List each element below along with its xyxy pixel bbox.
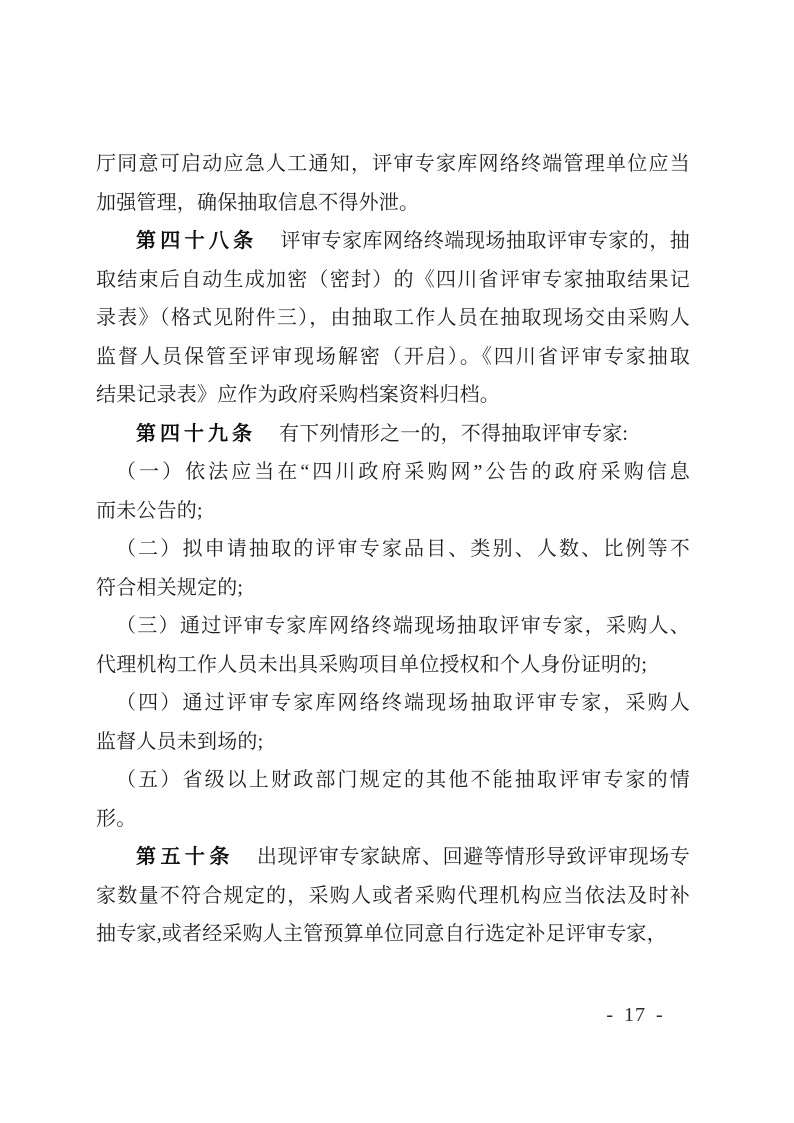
para-continuation-article-47: 厅同意可启动应急人工通知，评审专家库网络终端管理单位应当加强管理，确保抽取信息不… xyxy=(96,145,690,222)
page-number: - 17 - xyxy=(600,1003,670,1027)
text-line: 第四十八条评审专家库网络终端现场抽取评审专家的，抽 xyxy=(96,222,690,261)
text-line: （三）通过评审专家库网络终端现场抽取评审专家，采购人、 xyxy=(96,607,690,646)
article-number-bold: 第四十九条 xyxy=(136,423,256,445)
text-line: 监督人员未到场的; xyxy=(96,723,690,762)
document-page: 厅同意可启动应急人工通知，评审专家库网络终端管理单位应当加强管理，确保抽取信息不… xyxy=(0,0,794,1123)
article-49: 第四十九条有下列情形之一的，不得抽取评审专家: xyxy=(96,415,690,454)
item-49-2: （二）拟申请抽取的评审专家品目、类别、人数、比例等不符合相关规定的; xyxy=(96,530,690,607)
text-line: 形。 xyxy=(96,800,690,839)
text-line: 录表》（格式见附件三），由抽取工作人员在抽取现场交由采购人 xyxy=(96,299,690,338)
text-line: （一）依法应当在“四川政府采购网”公告的政府采购信息 xyxy=(96,453,690,492)
text-line: （二）拟申请抽取的评审专家品目、类别、人数、比例等不 xyxy=(96,530,690,569)
text-line: 第五十条出现评审专家缺席、回避等情形导致评审现场专 xyxy=(96,838,690,877)
item-49-3: （三）通过评审专家库网络终端现场抽取评审专家，采购人、代理机构工作人员未出具采购… xyxy=(96,607,690,684)
item-49-1: （一）依法应当在“四川政府采购网”公告的政府采购信息而未公告的; xyxy=(96,453,690,530)
item-49-5: （五）省级以上财政部门规定的其他不能抽取评审专家的情形。 xyxy=(96,761,690,838)
line-text: 评审专家库网络终端现场抽取评审专家的，抽 xyxy=(280,230,690,252)
text-line: 结果记录表》应作为政府采购档案资料归档。 xyxy=(96,376,690,415)
text-line: 厅同意可启动应急人工通知，评审专家库网络终端管理单位应当 xyxy=(96,145,690,184)
text-line: 取结束后自动生成加密（密封）的《四川省评审专家抽取结果记 xyxy=(96,261,690,300)
article-48: 第四十八条评审专家库网络终端现场抽取评审专家的，抽取结束后自动生成加密（密封）的… xyxy=(96,222,690,415)
text-line: 监督人员保管至评审现场解密（开启）。《四川省评审专家抽取 xyxy=(96,338,690,377)
text-line: 第四十九条有下列情形之一的，不得抽取评审专家: xyxy=(96,415,690,454)
text-line: 而未公告的; xyxy=(96,492,690,531)
article-number-bold: 第五十条 xyxy=(136,846,234,868)
text-line: 抽专家,或者经采购人主管预算单位同意自行选定补足评审专家， xyxy=(96,915,690,954)
text-line: （五）省级以上财政部门规定的其他不能抽取评审专家的情 xyxy=(96,761,690,800)
document-body: 厅同意可启动应急人工通知，评审专家库网络终端管理单位应当加强管理，确保抽取信息不… xyxy=(96,145,690,954)
text-line: 家数量不符合规定的，采购人或者采购代理机构应当依法及时补 xyxy=(96,877,690,916)
line-text: 出现评审专家缺席、回避等情形导致评审现场专 xyxy=(257,846,690,868)
text-line: 代理机构工作人员未出具采购项目单位授权和个人身份证明的; xyxy=(96,646,690,685)
text-line: （四）通过评审专家库网络终端现场抽取评审专家，采购人 xyxy=(96,684,690,723)
text-line: 符合相关规定的; xyxy=(96,569,690,608)
text-line: 加强管理，确保抽取信息不得外泄。 xyxy=(96,184,690,223)
article-number-bold: 第四十八条 xyxy=(136,230,257,252)
line-text: 有下列情形之一的，不得抽取评审专家: xyxy=(279,423,628,445)
item-49-4: （四）通过评审专家库网络终端现场抽取评审专家，采购人监督人员未到场的; xyxy=(96,684,690,761)
article-50: 第五十条出现评审专家缺席、回避等情形导致评审现场专家数量不符合规定的，采购人或者… xyxy=(96,838,690,954)
